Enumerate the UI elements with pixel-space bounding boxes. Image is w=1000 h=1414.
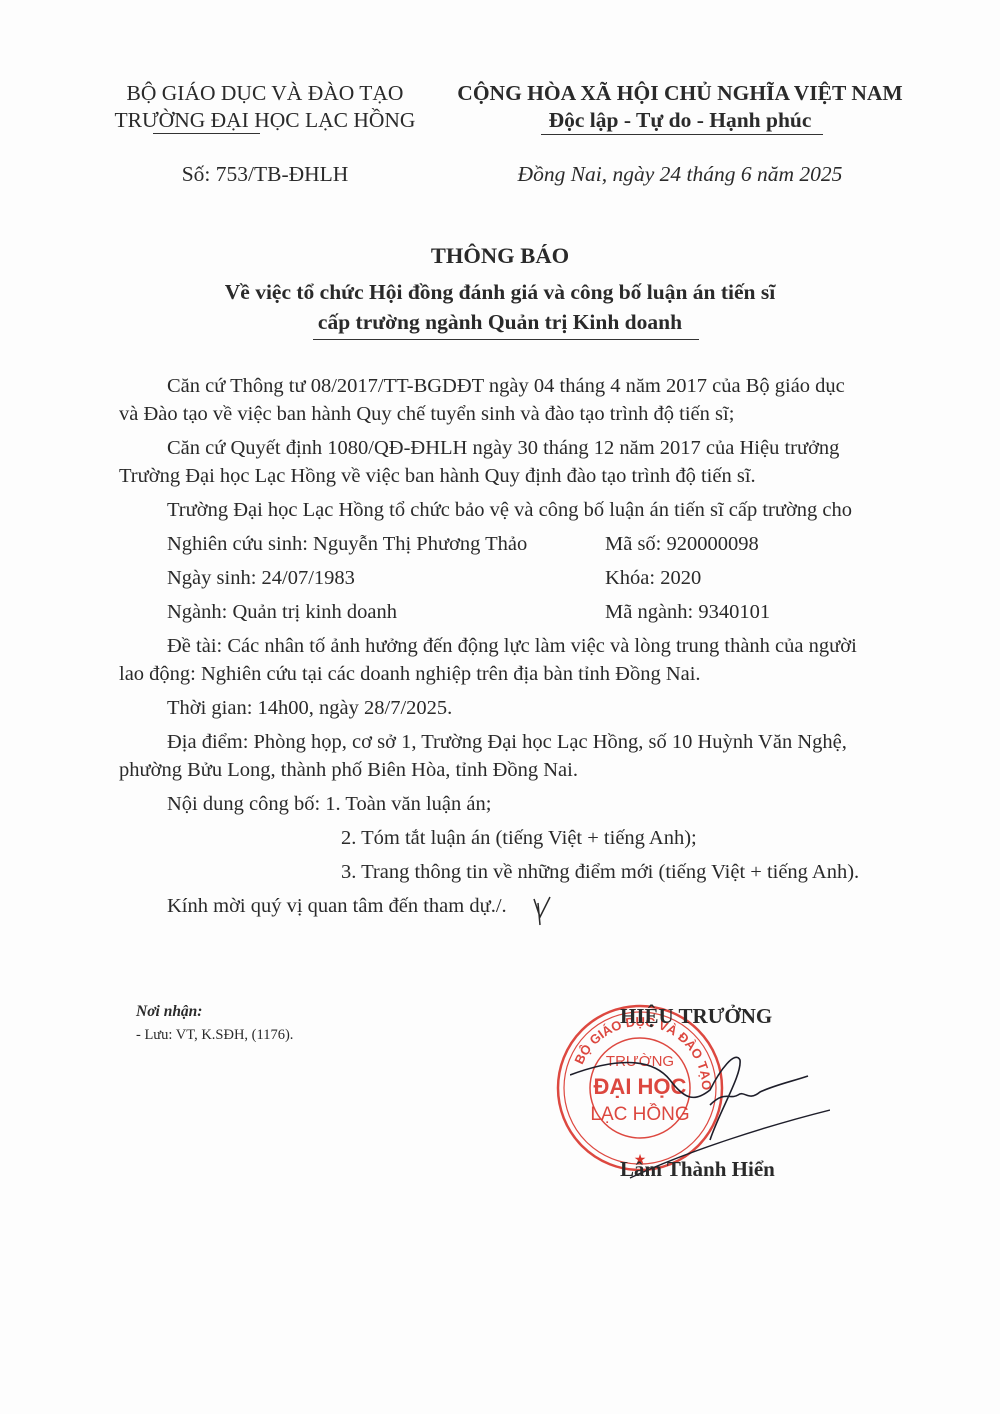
signer-name: Lâm Thành Hiển xyxy=(620,1157,775,1182)
signer-title: HIỆU TRƯỞNG xyxy=(620,1004,772,1029)
legal-basis-2-line2: Trường Đại học Lạc Hồng về việc ban hành… xyxy=(119,465,756,488)
thesis-topic-line2: lao động: Nghiên cứu tại các doanh nghiệ… xyxy=(119,663,701,686)
student-id: Mã số: 920000098 xyxy=(605,533,759,556)
venue-line1: Địa điểm: Phòng họp, cơ sở 1, Trường Đại… xyxy=(167,731,847,754)
major: Ngành: Quản trị kinh doanh xyxy=(167,601,397,624)
legal-basis-2-line1: Căn cứ Quyết định 1080/QĐ-ĐHLH ngày 30 t… xyxy=(167,437,839,460)
publication-content-item1: Nội dung công bố: 1. Toàn văn luận án; xyxy=(167,793,491,816)
cohort: Khóa: 2020 xyxy=(605,567,701,590)
title-underline xyxy=(313,339,699,340)
university-underline xyxy=(153,133,260,134)
date-of-birth: Ngày sinh: 24/07/1983 xyxy=(167,567,355,590)
motto: Độc lập - Tự do - Hạnh phúc xyxy=(440,106,920,134)
notice-title: THÔNG BÁO xyxy=(0,243,1000,269)
thesis-topic-line1: Đề tài: Các nhân tố ảnh hưởng đến động l… xyxy=(167,635,857,658)
candidate-name: Nghiên cứu sinh: Nguyễn Thị Phương Thảo xyxy=(167,533,527,556)
place-date: Đồng Nai, ngày 24 tháng 6 năm 2025 xyxy=(440,160,920,188)
defense-time: Thời gian: 14h00, ngày 28/7/2025. xyxy=(167,697,452,720)
major-code: Mã ngành: 9340101 xyxy=(605,601,770,624)
initials-mark xyxy=(530,893,556,929)
document-number: Số: 753/TB-ĐHLH xyxy=(100,160,430,188)
republic-name: CỘNG HÒA XÃ HỘI CHỦ NGHĨA VIỆT NAM xyxy=(440,79,920,107)
recipients-label: Nơi nhận: xyxy=(136,1003,202,1021)
legal-basis-1-line1: Căn cứ Thông tư 08/2017/TT-BGDĐT ngày 04… xyxy=(167,375,845,398)
publication-content-item3: 3. Trang thông tin về những điểm mới (ti… xyxy=(341,861,859,884)
ministry-name: BỘ GIÁO DỤC VÀ ĐÀO TẠO xyxy=(100,79,430,107)
motto-underline xyxy=(541,134,823,135)
intro-statement: Trường Đại học Lạc Hồng tổ chức bảo vệ v… xyxy=(167,499,852,522)
publication-content-item2: 2. Tóm tắt luận án (tiếng Việt + tiếng A… xyxy=(341,827,697,850)
legal-basis-1-line2: và Đào tạo về việc ban hành Quy chế tuyể… xyxy=(119,403,734,426)
notice-subject-line1: Về việc tổ chức Hội đồng đánh giá và côn… xyxy=(0,280,1000,305)
closing-invitation: Kính mời quý vị quan tâm đến tham dự./. xyxy=(167,895,507,918)
university-name: TRƯỜNG ĐẠI HỌC LẠC HỒNG xyxy=(100,106,430,134)
venue-line2: phường Bửu Long, thành phố Biên Hòa, tỉn… xyxy=(119,759,578,782)
recipients-item: - Lưu: VT, K.SĐH, (1176). xyxy=(136,1027,293,1044)
notice-subject-line2: cấp trường ngành Quản trị Kinh doanh xyxy=(0,310,1000,335)
